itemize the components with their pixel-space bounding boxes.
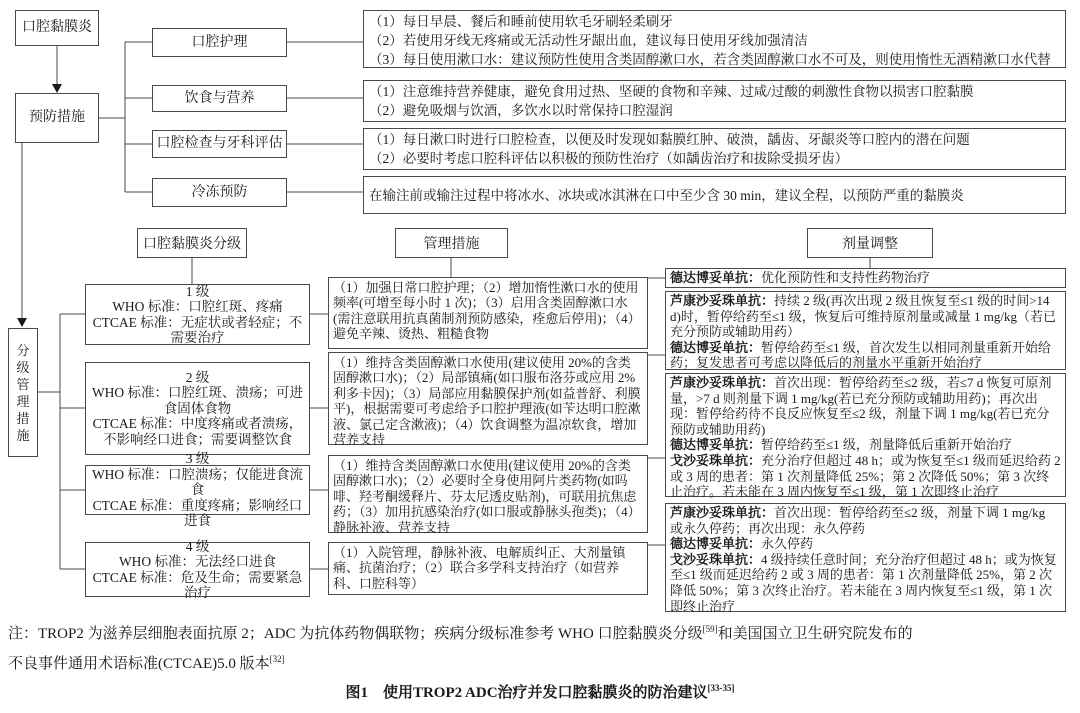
grade-title: 3 级 (186, 451, 210, 467)
prevention-detail-cryoprevention: 在输注前或输注过程中将冰水、冰块或冰淇淋在口中至少含 30 min，建议全程，以… (363, 176, 1066, 214)
prevention-item-cryoprevention: 冷冻预防 (152, 178, 287, 207)
drug-name: 德达博妥单抗： (670, 270, 761, 285)
reference-superscript: [32] (270, 654, 285, 664)
grade-3-box: 3 级 WHO 标准：口腔溃疡；仅能进食流食 CTCAE 标准：重度疼痛；影响经… (85, 465, 310, 515)
grade-2-box: 2 级 WHO 标准：口腔红斑、溃疡；可进食固体食物 CTCAE 标准：中度疼痛… (85, 362, 310, 455)
grade-ctcae: CTCAE 标准：无症状或者轻症；不需要治疗 (88, 315, 307, 346)
reference-superscript: [59] (703, 624, 718, 634)
prevention-detail-oral-care: （1）每日早晨、餐后和睡前使用软毛牙刷轻柔刷牙 （2）若使用牙线无疼痛或无活动性… (363, 10, 1066, 68)
footnote-line-2: 不良事件通用术语标准(CTCAE)5.0 版本[32] (8, 654, 1072, 675)
footnote-text: 注：TROP2 为滋养层细胞表面抗原 2；ADC 为抗体药物偶联物；疾病分级标准… (8, 626, 703, 642)
drug-name: 芦康沙妥珠单抗： (670, 505, 774, 520)
grade-who: WHO 标准：无法经口进食 (119, 554, 276, 570)
grade-ctcae: CTCAE 标准：危及生命；需要紧急治疗 (88, 570, 307, 601)
figure-number: 图1 (345, 685, 368, 701)
dose-grade-4: 芦康沙妥珠单抗：首次出现：暂停给药至≤2 级，剂量下调 1 mg/kg 或永久停… (665, 503, 1066, 612)
management-grade-4: （1）入院管理，静脉补液、电解质纠正、大剂量镇痛、抗菌治疗；（2）联合多学科支持… (328, 542, 648, 595)
drug-name: 戈沙妥珠单抗： (670, 552, 761, 567)
dose-entry: 芦康沙妥珠单抗：首次出现：暂停给药至≤2 级，若≤7 d 恢复可原剂量，>7 d… (670, 375, 1061, 437)
prevention-item-oral-care: 口腔护理 (152, 28, 287, 57)
management-grade-1: （1）加强日常口腔护理；（2）增加惰性漱口水的使用频率(可增至每小时 1 次)；… (328, 277, 648, 349)
dose-entry: 德达博妥单抗：暂停给药至≤1 级，剂量降低后重新开始治疗 (670, 437, 1061, 453)
dose-grade-2: 芦康沙妥珠单抗：持续 2 级(再次出现 2 级且恢复至≤1 级的时间>14 d)… (665, 291, 1066, 370)
prevention-item-dental-eval: 口腔检查与牙科评估 (152, 130, 287, 158)
grade-title: 2 级 (186, 370, 210, 386)
arrowhead-icon (52, 84, 62, 93)
footnote-text: 不良事件通用术语标准(CTCAE)5.0 版本 (8, 656, 270, 672)
drug-name: 芦康沙妥珠单抗： (670, 375, 774, 390)
node-oral-mucositis: 口腔黏膜炎 (15, 10, 99, 46)
item-label: 口腔检查与牙科评估 (157, 136, 283, 152)
dose-entry: 戈沙妥珠单抗：4 级持续任意时间；充分治疗但超过 48 h；或为恢复至≤1 级而… (670, 552, 1061, 614)
grade-who: WHO 标准：口腔溃疡；仅能进食流食 (88, 467, 307, 498)
dose-text: 优化预防性和支持性药物治疗 (761, 270, 930, 285)
node-graded-management: 分级管理措施 (8, 328, 38, 457)
grade-ctcae: CTCAE 标准：中度疼痛或者溃疡，不影响经口进食；需要调整饮食 (88, 416, 307, 447)
header-label: 剂量调整 (842, 233, 898, 253)
dose-grade-1: 德达博妥单抗：优化预防性和支持性药物治疗 (665, 268, 1066, 288)
dose-entry: 芦康沙妥珠单抗：首次出现：暂停给药至≤2 级，剂量下调 1 mg/kg 或永久停… (670, 505, 1061, 536)
dose-entry: 德达博妥单抗：暂停给药至≤1 级，首次发生以相同剂量重新开始给药；复发患者可考虑… (670, 340, 1061, 371)
footnote-text: 和美国国立卫生研究院发布的 (718, 626, 913, 642)
dose-entry: 芦康沙妥珠单抗：持续 2 级(再次出现 2 级且恢复至≤1 级的时间>14 d)… (670, 293, 1061, 340)
dose-grade-3: 芦康沙妥珠单抗：首次出现：暂停给药至≤2 级，若≤7 d 恢复可原剂量，>7 d… (665, 373, 1066, 497)
figure-flowchart: 口腔黏膜炎 预防措施 分级管理措施 口腔护理 饮食与营养 口腔检查与牙科评估 冷… (0, 0, 1080, 713)
node-label: 预防措施 (29, 110, 85, 126)
item-label: 口腔护理 (192, 35, 248, 51)
dose-entry: 德达博妥单抗：优化预防性和支持性药物治疗 (670, 270, 1061, 286)
figure-title: 使用TROP2 ADC治疗并发口腔黏膜炎的防治建议 (368, 685, 708, 701)
management-grade-2: （1）维持含类固醇漱口水使用(建议使用 20%的含类固醇漱口水)；（2）局部镇痛… (328, 352, 648, 445)
dose-entry: 戈沙妥珠单抗：充分治疗但超过 48 h；或为恢复至≤1 级而延迟给药 2 或 3… (670, 453, 1061, 500)
node-label: 口腔黏膜炎 (22, 20, 92, 36)
dose-entry: 德达博妥单抗：永久停药 (670, 536, 1061, 552)
arrowhead-icon (17, 318, 27, 327)
reference-superscript: [33-35] (708, 683, 735, 693)
item-label: 冷冻预防 (192, 185, 248, 201)
item-label: 饮食与营养 (185, 91, 255, 107)
drug-name: 德达博妥单抗： (670, 340, 761, 355)
management-grade-3: （1）维持含类固醇漱口水使用(建议使用 20%的含类固醇漱口水)；（2）必要时全… (328, 455, 648, 533)
header-label: 管理措施 (424, 233, 480, 253)
grade-1-box: 1 级 WHO 标准：口腔红斑、疼痛 CTCAE 标准：无症状或者轻症；不需要治… (85, 284, 310, 345)
grade-who: WHO 标准：口腔红斑、疼痛 (112, 299, 283, 315)
node-prevention: 预防措施 (15, 93, 99, 143)
node-label: 分级管理措施 (12, 342, 37, 444)
grade-ctcae: CTCAE 标准：重度疼痛；影响经口进食 (88, 498, 307, 529)
prevention-detail-dental-eval: （1）每日漱口时进行口腔检查，以便及时发现如黏膜红肿、破溃，龋齿、牙龈炎等口腔内… (363, 128, 1066, 170)
header-grading: 口腔黏膜炎分级 (137, 228, 247, 258)
drug-name: 德达博妥单抗： (670, 437, 761, 452)
header-management: 管理措施 (395, 228, 508, 258)
drug-name: 德达博妥单抗： (670, 536, 761, 551)
drug-name: 芦康沙妥珠单抗： (670, 293, 774, 308)
figure-caption: 图1 使用TROP2 ADC治疗并发口腔黏膜炎的防治建议[33-35] (0, 681, 1080, 702)
drug-name: 戈沙妥珠单抗： (670, 453, 761, 468)
grade-title: 1 级 (186, 284, 210, 300)
header-label: 口腔黏膜炎分级 (143, 233, 241, 253)
footnote-line-1: 注：TROP2 为滋养层细胞表面抗原 2；ADC 为抗体药物偶联物；疾病分级标准… (8, 624, 1072, 645)
dose-text: 暂停给药至≤1 级，剂量降低后重新开始治疗 (761, 437, 1012, 452)
prevention-detail-diet-nutrition: （1）注意维持营养健康，避免食用过热、坚硬的食物和辛辣、过咸/过酸的刺激性食物以… (363, 80, 1066, 122)
grade-who: WHO 标准：口腔红斑、溃疡；可进食固体食物 (88, 385, 307, 416)
header-dose-adjustment: 剂量调整 (807, 228, 933, 258)
dose-text: 永久停药 (761, 536, 813, 551)
grade-4-box: 4 级 WHO 标准：无法经口进食 CTCAE 标准：危及生命；需要紧急治疗 (85, 542, 310, 597)
prevention-item-diet-nutrition: 饮食与营养 (152, 85, 287, 112)
grade-title: 4 级 (186, 539, 210, 555)
